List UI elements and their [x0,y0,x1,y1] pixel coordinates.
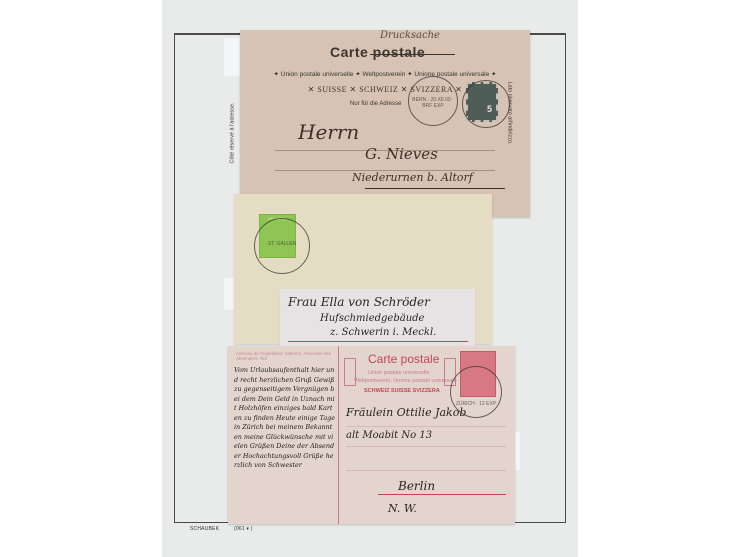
card-title: Carte postale [368,352,439,366]
postcard-swiss-red: Adresse de l'expéditeur. Mittente. Absen… [228,346,515,524]
postmark-cancel [462,80,510,128]
footer-brand: SCHAUBEK [190,526,219,532]
handwritten-message: Vom Urlaubsaufenthalt hier und recht her… [234,366,336,471]
address-rule [346,446,506,447]
address-line: N. W. [388,502,417,515]
address-line: Herrn [298,120,359,144]
address-label-slip: Frau Ella von Schröder Hufschmiedgebäude… [280,289,475,346]
subtitle: Weltpostverein. Unione postale universal… [354,378,457,384]
address-line: Hufschmiedgebäude [320,313,424,324]
address-rule [365,188,505,189]
address-line: Niederurnen b. Altorf [352,171,473,184]
postcard-swiss-5c: Drucksache Carte postale ✦ Union postale… [240,30,530,217]
vertical-text-left: Côté réservé à l'adresse. [229,103,235,164]
address-line: Frau Ella von Schröder [288,295,430,309]
footer-code: (061 ▾ ) [234,526,253,532]
address-line: Fräulein Ottilie Jakob [346,406,466,419]
card-title: Carte postale [330,44,425,60]
red-underline [288,341,468,342]
address-line: alt Moabit No 13 [346,430,432,441]
address-rule [346,426,506,427]
strikethrough-line [370,54,455,55]
sender-header: Adresse de l'expéditeur. Mittente. Absen… [236,351,336,361]
address-line: z. Schwerin i. Meckl. [330,327,436,338]
subtitle: Union postale universelle [368,370,429,376]
address-hint: Nur für die Adresse [350,101,401,107]
address-rule [346,470,506,471]
address-line: G. Nieves [365,145,438,163]
red-underline [378,494,506,495]
postmark-cancel: BERN · 20.XII.00 · BRF EXP [408,76,458,126]
address-line: Berlin [398,479,435,493]
handwritten-drucksache: Drucksache [380,30,440,41]
countries-line: SCHWEIZ SUISSE SVIZZERA [364,388,440,394]
card-divider [338,346,339,524]
languages-line: ✦ Union postale universelle ✦ Weltpostve… [240,70,530,78]
postmark-cancel: ST. GALLEN [254,218,310,274]
